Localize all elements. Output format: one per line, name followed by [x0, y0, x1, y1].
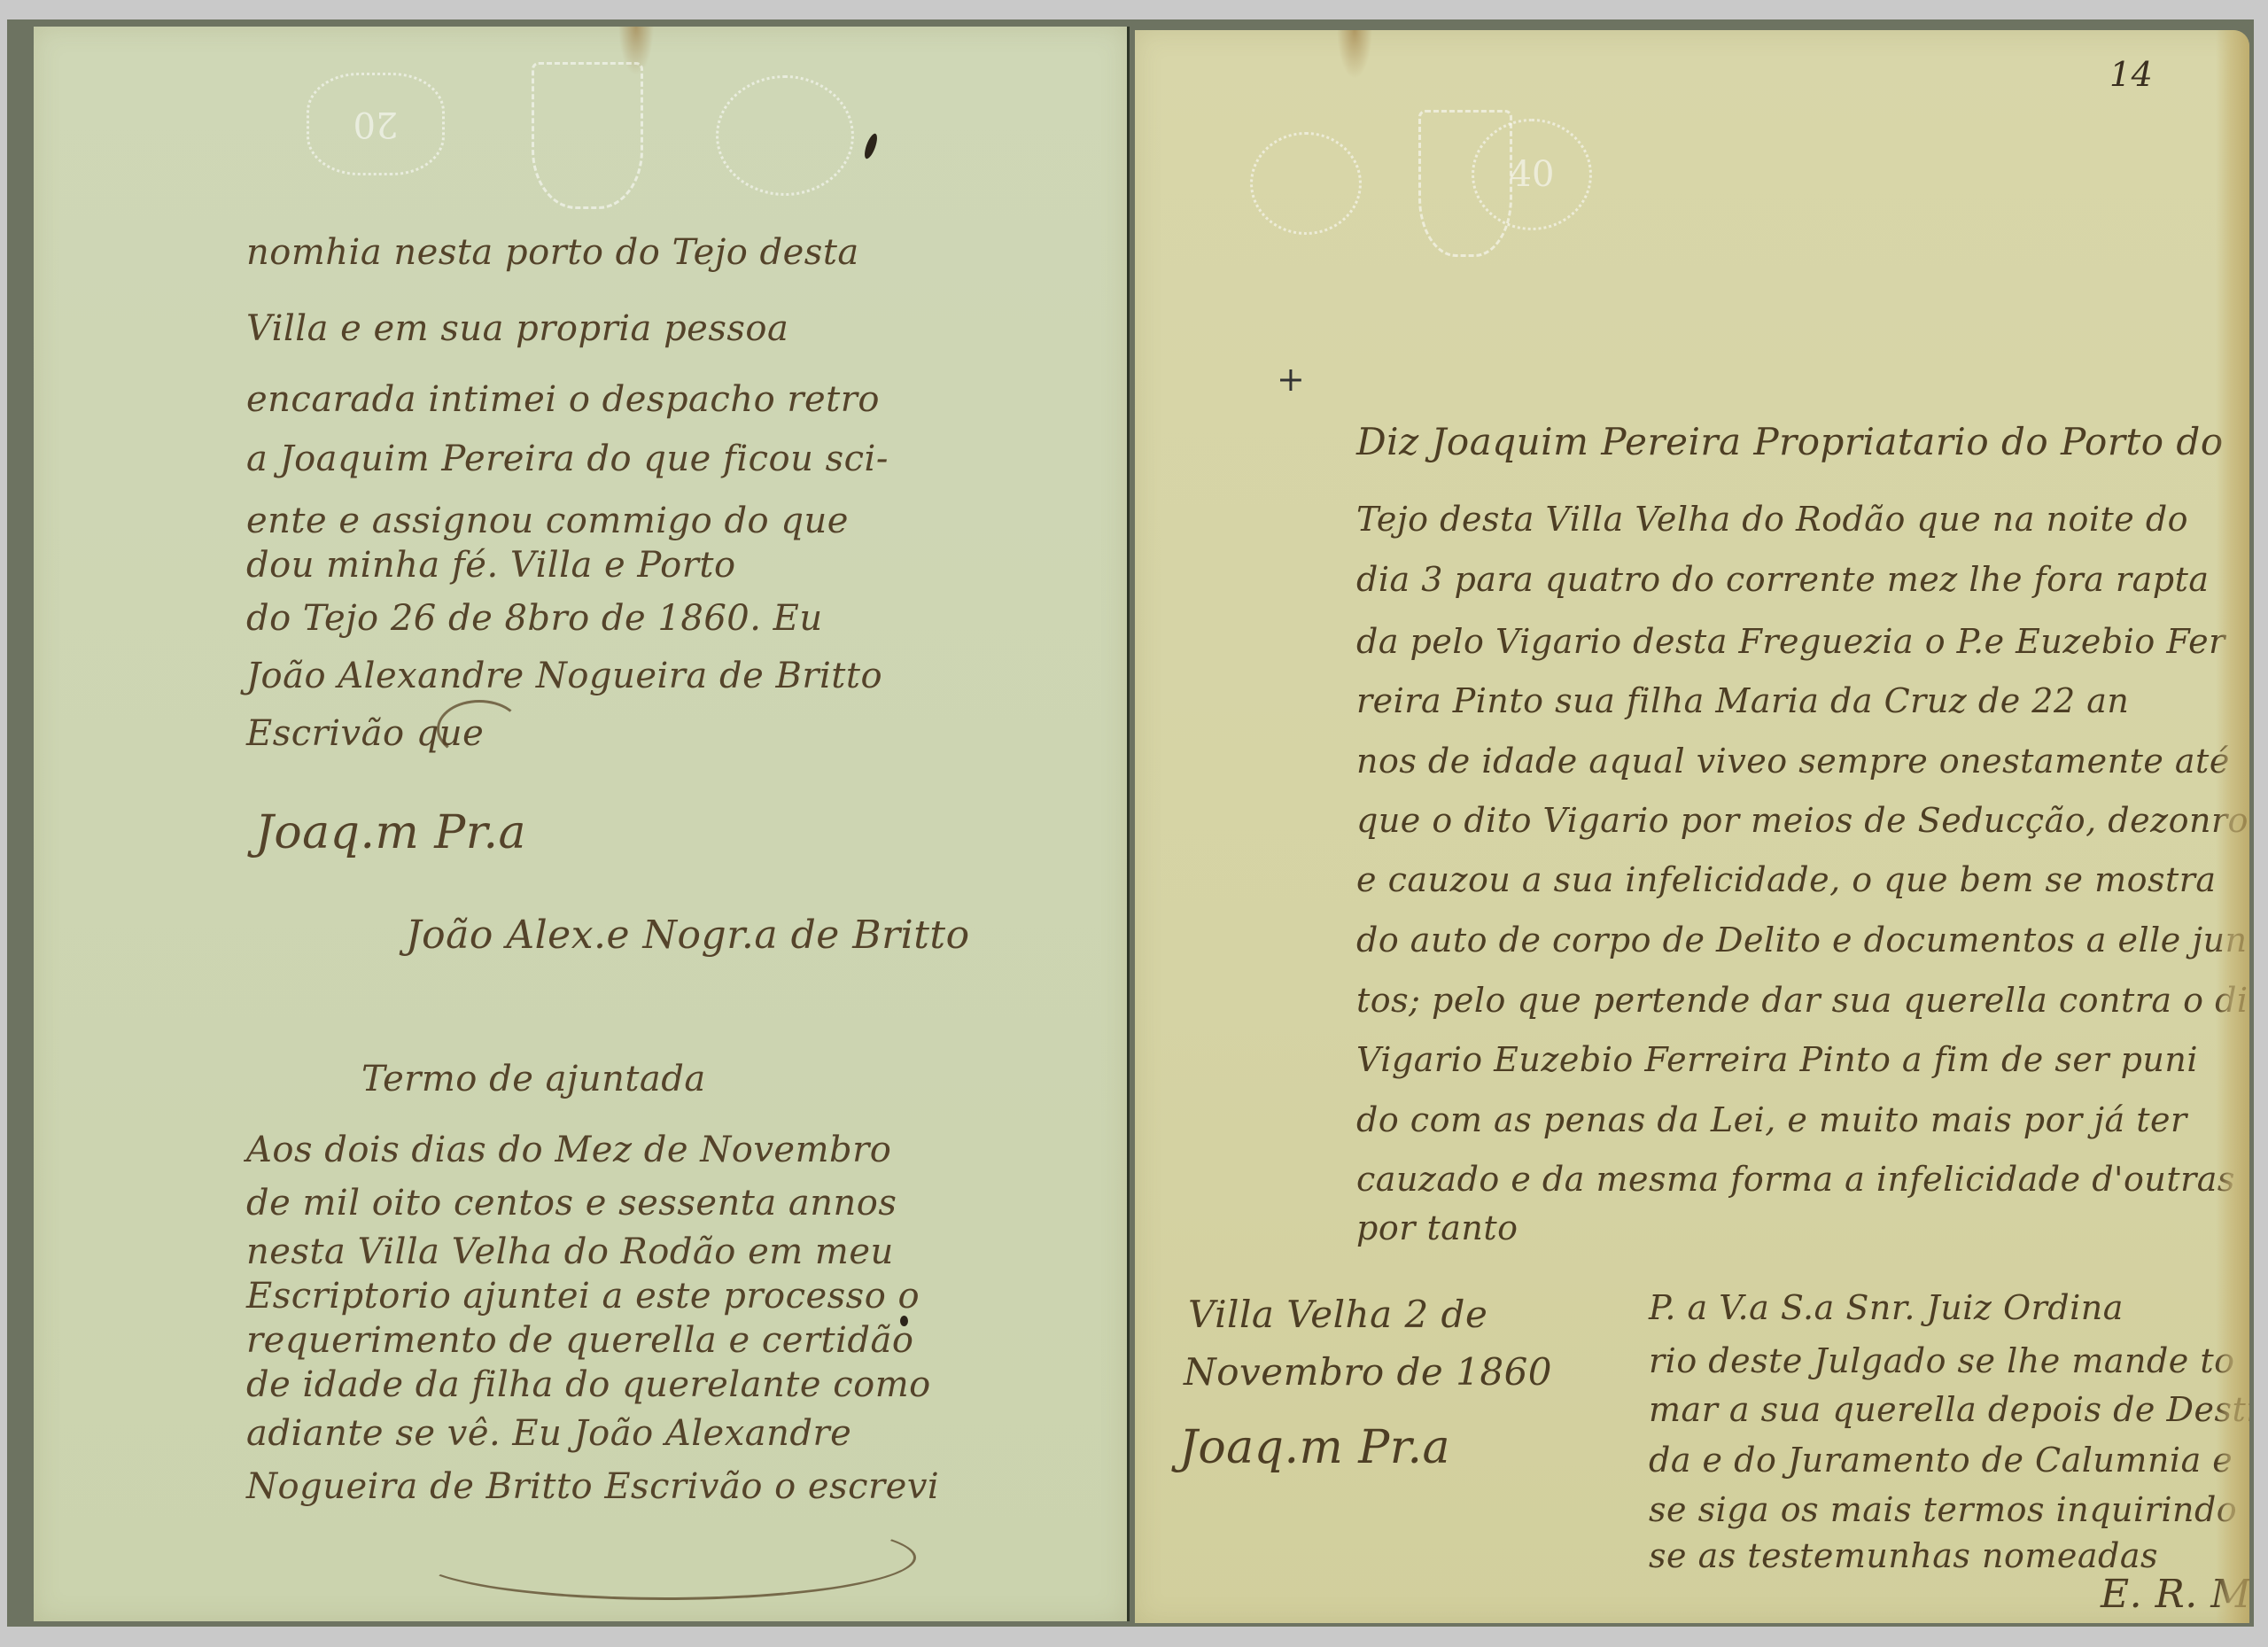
left-page: 20 nomhia nesta porto do Tejo desta Vill… [34, 27, 1130, 1621]
petition-line: se as testemunhas nomeadas [1649, 1536, 2158, 1575]
right-page: 14 40 + Diz Joaquim Pereira Propriatario… [1135, 30, 2249, 1623]
signature-joao-alexandre: João Alex.e Nogr.a de Britto [406, 913, 970, 958]
text-line: Escriptorio ajuntei a este processo o [246, 1276, 920, 1317]
text-line: cauzado e da mesma forma a infelicidade … [1356, 1160, 2235, 1199]
text-line: Villa e em sua propria pessoa [246, 308, 788, 349]
text-line: nomhia nesta porto do Tejo desta [246, 232, 859, 273]
closing-formula: E. R. M.ce [2101, 1572, 2249, 1617]
flourish-mark [415, 1515, 916, 1600]
text-line: que o dito Vigario por meios de Seducção… [1356, 801, 2249, 840]
text-line: de idade da filha do querelante como [246, 1364, 931, 1405]
text-line: e cauzou a sua infelicidade, o que bem s… [1356, 860, 2217, 899]
date-line-1: Villa Velha 2 de [1188, 1293, 1487, 1336]
date-line-2: Novembro de 1860 [1184, 1350, 1552, 1394]
petition-line: P. a V.a S.a Snr. Juiz Ordina [1649, 1288, 2124, 1327]
margin-cross-mark: + [1277, 360, 1305, 399]
text-line: Vigario Euzebio Ferreira Pinto a fim de … [1356, 1040, 2198, 1079]
embossed-coat-of-arms-icon [532, 62, 643, 209]
stamp-value: 20 [353, 104, 399, 144]
text-line: do com as penas da Lei, e muito mais por… [1356, 1100, 2187, 1139]
text-line: encarada intimei o despacho retro [246, 379, 880, 420]
paper-stain [1337, 30, 1372, 79]
embossed-oval-seal-icon [716, 75, 854, 196]
petition-line: se siga os mais termos inquirindo [1649, 1490, 2237, 1529]
text-line: da pelo Vigario desta Freguezia o P.e Eu… [1356, 622, 2225, 661]
embossed-oval-seal-icon [1250, 132, 1362, 235]
folio-number: 14 [2109, 55, 2153, 94]
text-line: a Joaquim Pereira do que ficou sci- [246, 439, 889, 479]
petition-line: mar a sua querella depois de Destribui [1649, 1390, 2249, 1429]
embossed-stamp-seal-icon: 40 [1472, 119, 1592, 230]
text-line: adiante se vê. Eu João Alexandre [246, 1413, 851, 1454]
text-line: do auto de corpo de Delito e documentos … [1356, 921, 2248, 959]
text-line: dia 3 para quatro do corrente mez lhe fo… [1356, 560, 2210, 599]
stamp-value: 40 [1510, 154, 1555, 195]
section-heading: Termo de ajuntada [361, 1059, 706, 1099]
text-line: reira Pinto sua filha Maria da Cruz de 2… [1356, 681, 2129, 720]
ink-mark [862, 132, 880, 160]
petition-line: rio deste Julgado se lhe mande to [1649, 1341, 2235, 1380]
text-line: Aos dois dias do Mez de Novembro [246, 1130, 891, 1170]
flourish-mark [437, 700, 522, 758]
text-line: requerimento de querella e certidão [246, 1320, 913, 1361]
text-line: João Alexandre Nogueira de Britto [246, 656, 882, 696]
text-line: Diz Joaquim Pereira Propriatario do Port… [1356, 420, 2224, 463]
signature-joaquim-pereira: Joaq.m Pr.a [255, 806, 526, 859]
text-line: de mil oito centos e sessenta annos [246, 1183, 897, 1224]
petition-line: da e do Juramento de Calumnia e [1649, 1441, 2233, 1480]
ink-mark [900, 1316, 908, 1326]
text-line: ente e assignou commigo do que [246, 501, 849, 541]
text-line: dou minha fé. Villa e Porto [246, 545, 736, 586]
text-line: nos de idade aqual viveo sempre onestame… [1356, 742, 2230, 781]
signature-joaquim-pereira: Joaq.m Pr.a [1179, 1421, 1450, 1474]
text-line: Nogueira de Britto Escrivão o escrevi [246, 1466, 939, 1507]
text-line: Tejo desta Villa Velha do Rodão que na n… [1356, 500, 2188, 539]
text-line: tos; pelo que pertende dar sua querella … [1356, 981, 2249, 1020]
text-line: nesta Villa Velha do Rodão em meu [246, 1231, 894, 1272]
text-line: por tanto [1356, 1208, 1518, 1247]
embossed-stamp-seal-icon: 20 [307, 73, 445, 175]
text-line: do Tejo 26 de 8bro de 1860. Eu [246, 598, 823, 639]
